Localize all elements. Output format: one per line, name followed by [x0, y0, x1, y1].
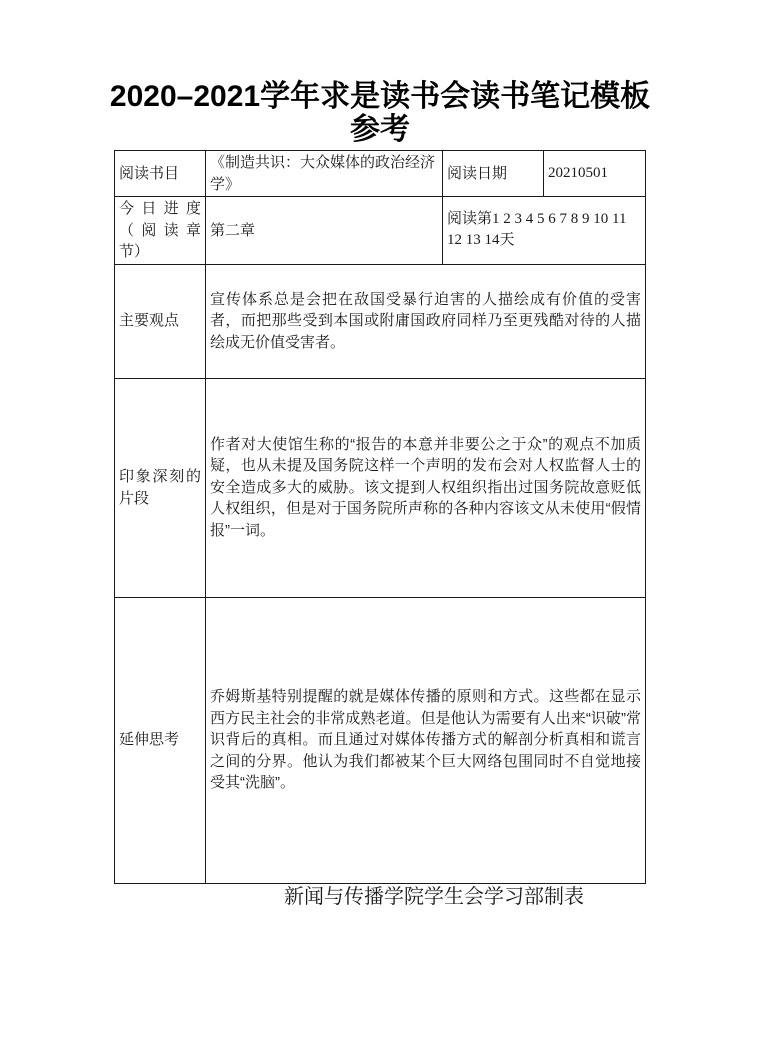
book-title-cell: 《制造共识：大众媒体的政治经济学》: [206, 151, 443, 197]
extended-thinking-cell: 乔姆斯基特别提醒的就是媒体传播的原则和方式。这些都在显示西方民主社会的非常成熟老…: [206, 597, 646, 883]
extended-thinking-label: 延伸思考: [115, 597, 206, 883]
main-points-cell: 宣传体系总是会把在敌国受暴行迫害的人描绘成有价值的受害者，而把那些受到本国或附庸…: [206, 264, 646, 378]
impressive-passage-cell: 作者对大使馆生称的“报告的本意并非要公之于众”的观点不加质疑，也从未提及国务院这…: [206, 378, 646, 597]
table-row: 延伸思考 乔姆斯基特别提醒的就是媒体传播的原则和方式。这些都在显示西方民主社会的…: [115, 597, 646, 883]
table-row: 今日进度（阅读章节） 第二章 阅读第1 2 3 4 5 6 7 8 9 10 1…: [115, 197, 646, 265]
document-page: 2020–2021学年求是读书会读书笔记模板参考 阅读书目 《制造共识：大众媒体…: [0, 0, 760, 1054]
page-title: 2020–2021学年求是读书会读书笔记模板参考: [105, 80, 655, 146]
table-row: 印象深刻的片段 作者对大使馆生称的“报告的本意并非要公之于众”的观点不加质疑，也…: [115, 378, 646, 597]
reading-notes-table: 阅读书目 《制造共识：大众媒体的政治经济学》 阅读日期 20210501 今日进…: [114, 150, 646, 884]
table-row: 主要观点 宣传体系总是会把在敌国受暴行迫害的人描绘成有价值的受害者，而把那些受到…: [115, 264, 646, 378]
table-row: 阅读书目 《制造共识：大众媒体的政治经济学》 阅读日期 20210501: [115, 151, 646, 197]
progress-label: 今日进度（阅读章节）: [115, 197, 206, 265]
reading-date-label: 阅读日期: [443, 151, 544, 197]
main-points-label: 主要观点: [115, 264, 206, 378]
date-value-cell: 20210501: [544, 151, 646, 197]
footer-credit: 新闻与传播学院学生会学习部制表: [284, 884, 584, 910]
chapter-cell: 第二章: [206, 197, 443, 265]
reading-days-cell: 阅读第1 2 3 4 5 6 7 8 9 10 11 12 13 14天: [443, 197, 646, 265]
impressive-passage-label: 印象深刻的片段: [115, 378, 206, 597]
reading-book-label: 阅读书目: [115, 151, 206, 197]
